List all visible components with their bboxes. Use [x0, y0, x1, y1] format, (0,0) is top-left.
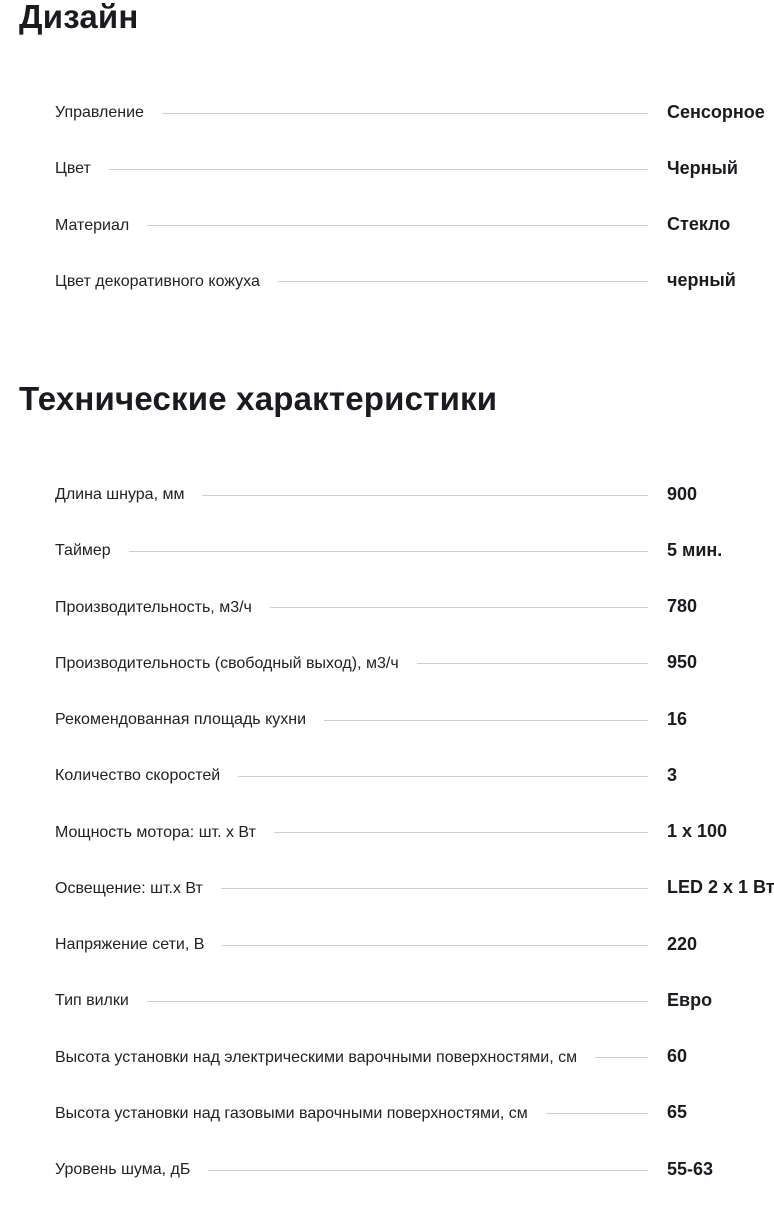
spec-list-design: УправлениеСенсорноеЦветЧерныйМатериалСте…	[55, 100, 774, 325]
spec-value: Черный	[667, 158, 774, 179]
leader-line-divider	[417, 663, 648, 664]
spec-list-technical: Длина шнура, мм900Таймер5 мин.Производит…	[55, 482, 774, 1212]
spec-value: черный	[667, 270, 774, 291]
spec-row: Длина шнура, мм900	[55, 482, 774, 508]
spec-row: Тип вилкиЕвро	[55, 988, 774, 1014]
leader-line-divider	[129, 551, 648, 552]
spec-row: Количество скоростей3	[55, 763, 774, 789]
spec-value: 3	[667, 765, 774, 786]
spec-label: Управление	[55, 104, 144, 122]
spec-row: УправлениеСенсорное	[55, 100, 774, 126]
spec-label: Уровень шума, дБ	[55, 1161, 190, 1179]
spec-row: Рекомендованная площадь кухни16	[55, 707, 774, 733]
spec-row: Напряжение сети, В220	[55, 932, 774, 958]
leader-line-divider	[238, 776, 648, 777]
leader-line-divider	[324, 720, 648, 721]
spec-value: 16	[667, 709, 774, 730]
leader-line-divider	[147, 1001, 648, 1002]
leader-line-divider	[221, 888, 648, 889]
spec-label: Высота установки над электрическими варо…	[55, 1049, 577, 1067]
spec-row: Производительность (свободный выход), м3…	[55, 651, 774, 677]
spec-value: 220	[667, 934, 774, 955]
spec-row: Высота установки над электрическими варо…	[55, 1045, 774, 1071]
leader-line-divider	[222, 945, 648, 946]
spec-value: 1 x 100	[667, 821, 774, 842]
spec-row: МатериалСтекло	[55, 213, 774, 239]
leader-line-divider	[109, 169, 648, 170]
leader-line-divider	[208, 1170, 648, 1171]
spec-row: Таймер5 мин.	[55, 538, 774, 564]
spec-value: LED 2 x 1 Вт	[667, 877, 774, 898]
leader-line-divider	[202, 495, 648, 496]
spec-label: Материал	[55, 217, 129, 235]
leader-line-divider	[270, 607, 648, 608]
leader-line-divider	[162, 113, 648, 114]
spec-label: Мощность мотора: шт. х Вт	[55, 824, 256, 842]
spec-value: 55-63	[667, 1159, 774, 1180]
spec-label: Производительность (свободный выход), м3…	[55, 655, 399, 673]
leader-line-divider	[274, 832, 648, 833]
leader-line-divider	[595, 1057, 648, 1058]
spec-row: Мощность мотора: шт. х Вт1 x 100	[55, 820, 774, 846]
spec-value: 60	[667, 1046, 774, 1067]
spec-value: Евро	[667, 990, 774, 1011]
spec-value: 950	[667, 652, 774, 673]
section-title-technical-specs: Технические характеристики	[19, 379, 497, 419]
spec-label: Цвет	[55, 160, 91, 178]
spec-label: Таймер	[55, 542, 111, 560]
leader-line-divider	[147, 225, 648, 226]
spec-label: Высота установки над газовыми варочными …	[55, 1105, 528, 1123]
spec-value: 780	[667, 596, 774, 617]
spec-label: Длина шнура, мм	[55, 486, 184, 504]
spec-label: Напряжение сети, В	[55, 936, 204, 954]
leader-line-divider	[546, 1113, 648, 1114]
spec-label: Тип вилки	[55, 992, 129, 1010]
spec-value: 5 мин.	[667, 540, 774, 561]
spec-row: Производительность, м3/ч780	[55, 595, 774, 621]
spec-row: Освещение: шт.х ВтLED 2 x 1 Вт	[55, 876, 774, 902]
spec-label: Производительность, м3/ч	[55, 599, 252, 617]
spec-row: Цвет декоративного кожухачерный	[55, 269, 774, 295]
spec-value: 900	[667, 484, 774, 505]
spec-value: Стекло	[667, 214, 774, 235]
spec-label: Цвет декоративного кожуха	[55, 273, 260, 291]
spec-label: Освещение: шт.х Вт	[55, 880, 203, 898]
leader-line-divider	[278, 281, 648, 282]
section-title-design: Дизайн	[19, 0, 139, 37]
spec-row: Уровень шума, дБ55-63	[55, 1157, 774, 1183]
spec-row: ЦветЧерный	[55, 156, 774, 182]
spec-value: Сенсорное	[667, 102, 774, 123]
spec-value: 65	[667, 1102, 774, 1123]
spec-row: Высота установки над газовыми варочными …	[55, 1101, 774, 1127]
spec-label: Рекомендованная площадь кухни	[55, 711, 306, 729]
spec-label: Количество скоростей	[55, 767, 220, 785]
